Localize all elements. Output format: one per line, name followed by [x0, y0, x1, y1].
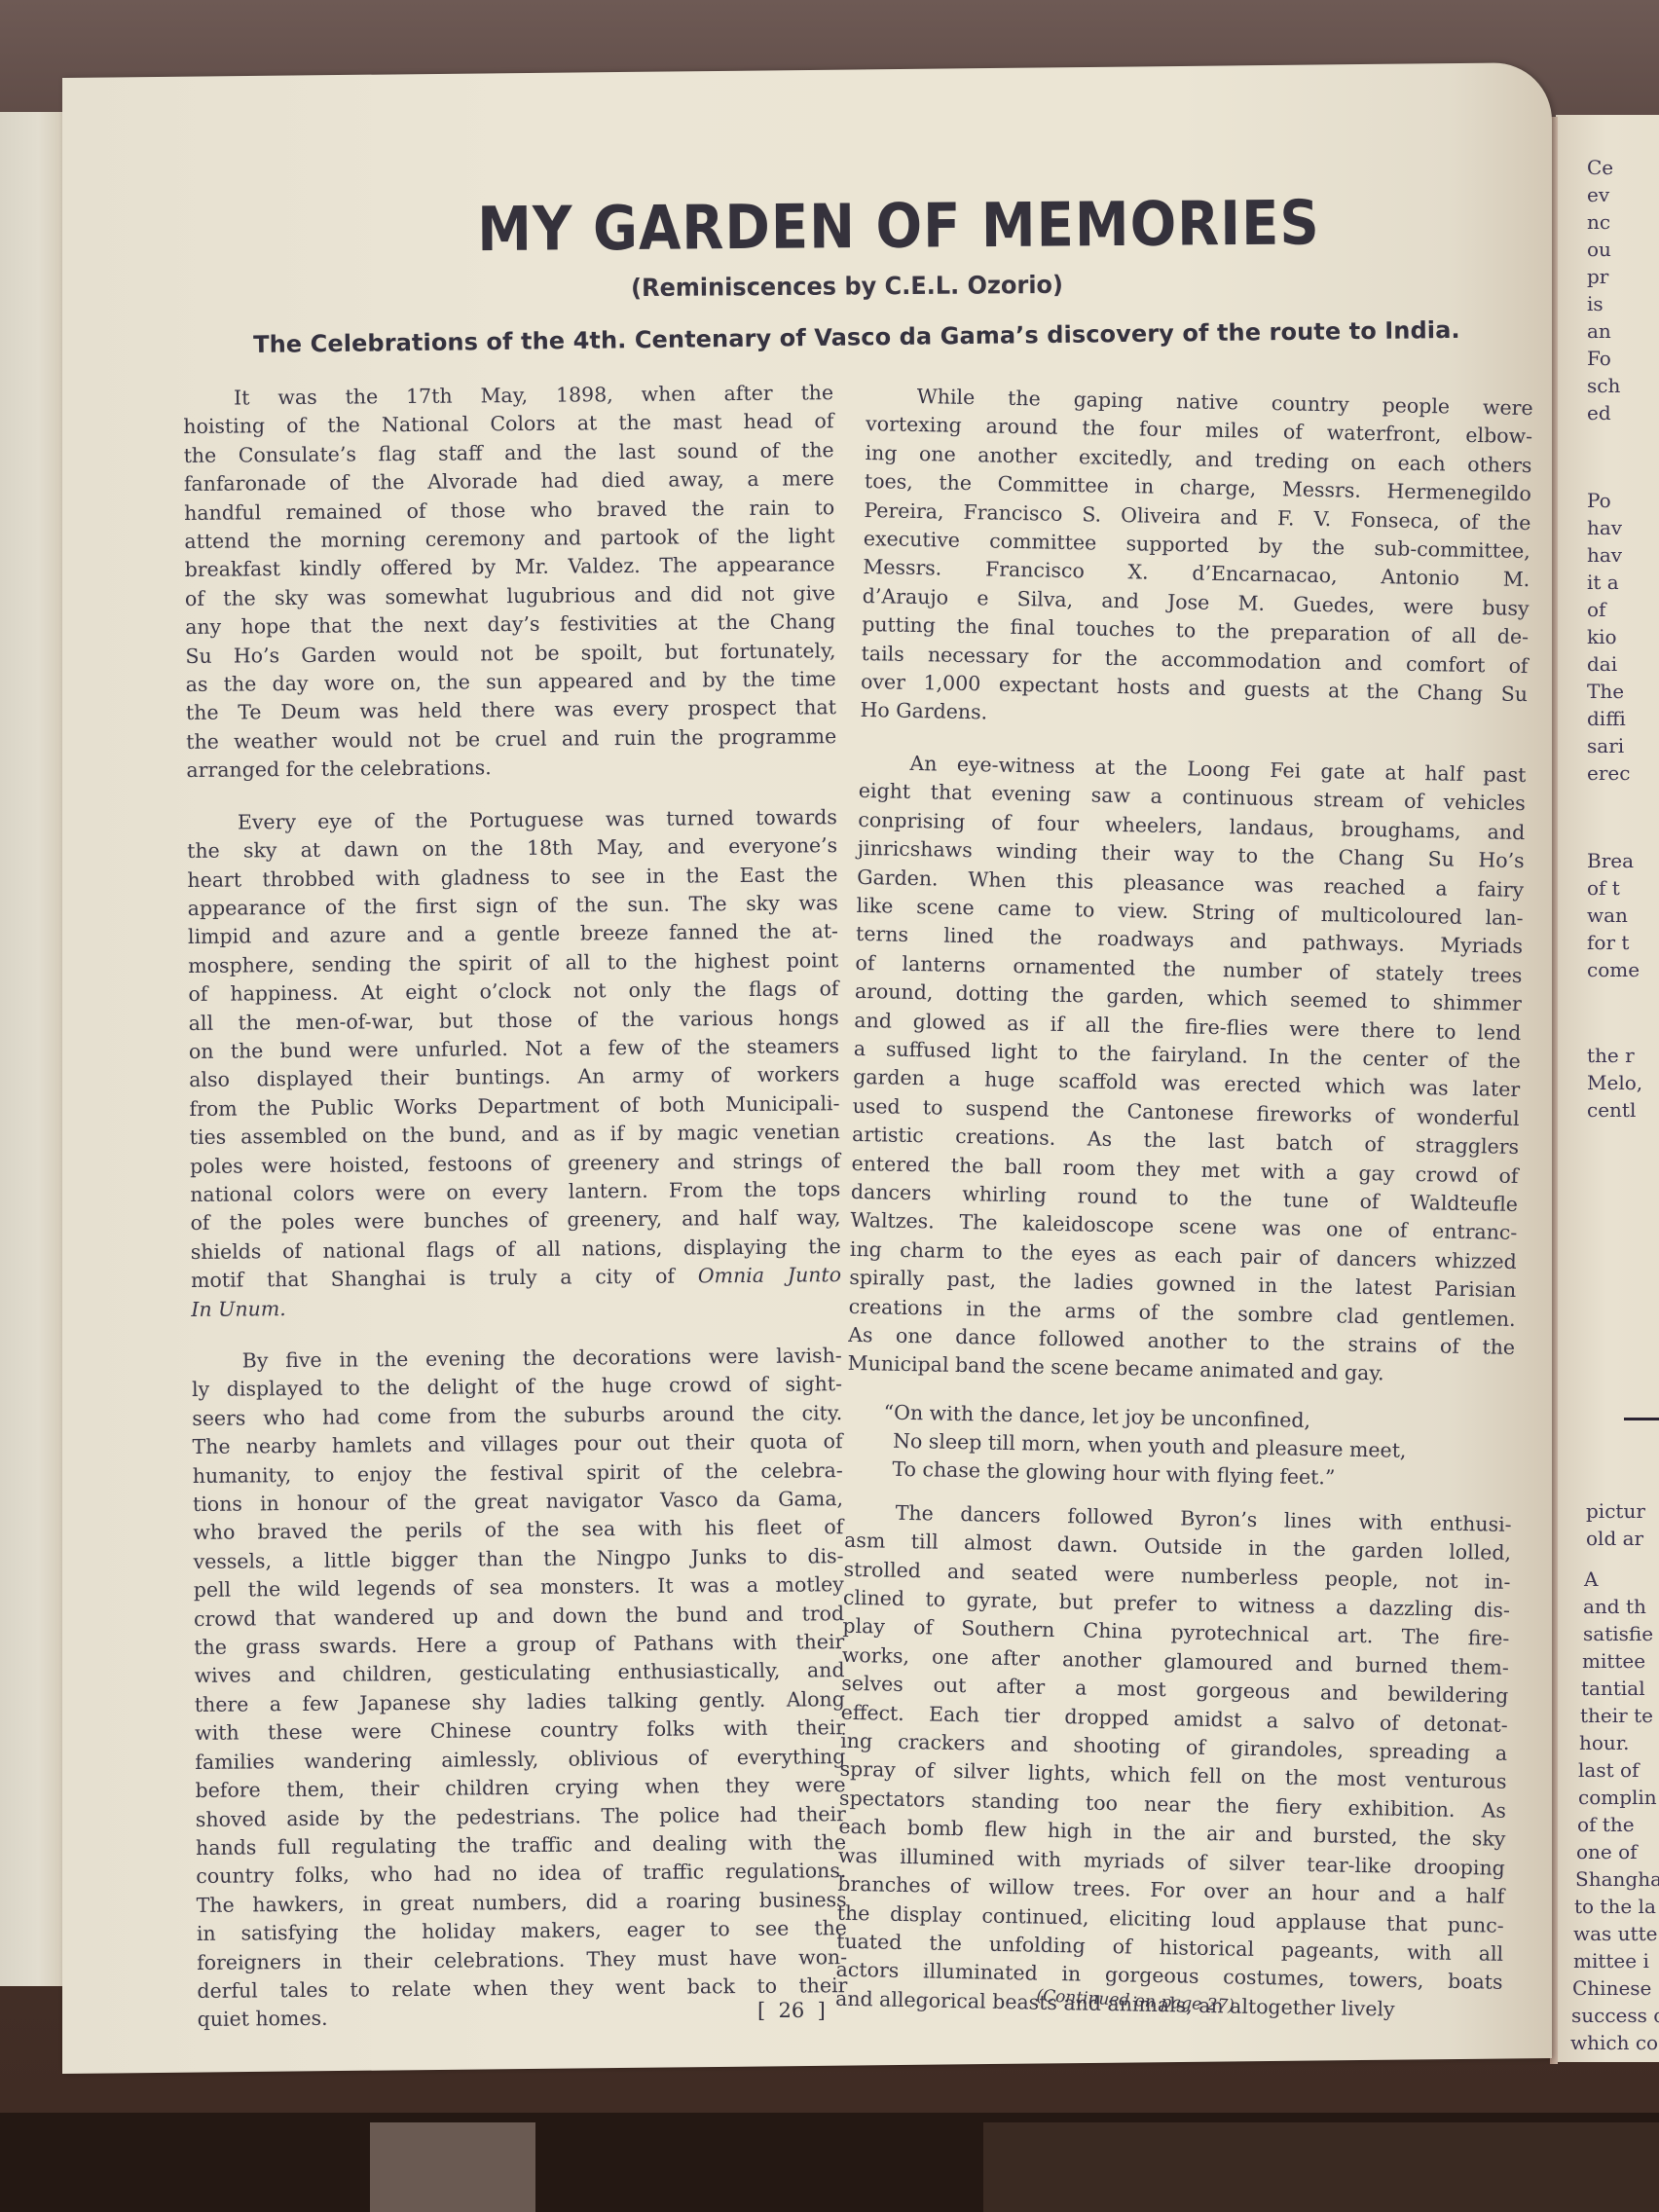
adjacent-page-fragment: mittee i	[1573, 1947, 1649, 1974]
adjacent-page-fragment: Melo,	[1587, 1069, 1642, 1096]
adjacent-page-fragment: hav	[1587, 514, 1622, 541]
table-slat	[370, 2122, 535, 2212]
adjacent-page-fragment: for t	[1587, 929, 1629, 956]
adjacent-page-fragment: sari	[1587, 732, 1624, 759]
adjacent-page-fragment: of the	[1577, 1811, 1635, 1838]
italic-latin-phrase: Omnia Junto	[698, 1263, 841, 1287]
adjacent-page-fragment: Po	[1587, 487, 1611, 514]
text-line: quiet homes.	[198, 2000, 848, 2034]
adjacent-page-fragment: A	[1584, 1566, 1598, 1593]
adjacent-page-fragment: Shangha	[1575, 1865, 1659, 1893]
adjacent-page-fragment: diffi	[1587, 705, 1626, 732]
adjacent-page-fragment: wan	[1587, 902, 1628, 929]
article-byline: (Reminiscences by C.E.L. Ozorio)	[631, 271, 1063, 303]
adjacent-page-fragment: hav	[1587, 541, 1622, 569]
adjacent-page-fragment: it a	[1587, 569, 1619, 596]
text-line: the weather would not be cruel and ruin …	[186, 722, 836, 756]
paragraph: While the gaping native country people w…	[860, 382, 1533, 738]
italic-latin-phrase: In Unum.	[191, 1297, 286, 1321]
adjacent-page-fragment: which co	[1570, 2029, 1658, 2056]
adjacent-page-fragment: and th	[1583, 1593, 1646, 1620]
section-rule	[1624, 1418, 1659, 1420]
adjacent-page-fragment: their te	[1580, 1702, 1653, 1729]
adjacent-page-fragment: one of	[1576, 1838, 1638, 1865]
adjacent-page-fragment: success o	[1571, 2002, 1659, 2029]
paragraph: An eye-witness at the Loong Fei gate at …	[847, 749, 1526, 1391]
adjacent-page-fragment: an	[1587, 317, 1611, 345]
adjacent-page-fragment: of t	[1587, 874, 1620, 902]
adjacent-page-fragment: Fo	[1587, 345, 1611, 372]
adjacent-page-fragment: of	[1587, 596, 1605, 623]
page-stack-edge	[0, 112, 65, 1986]
adjacent-page-fragment: pictur	[1586, 1497, 1645, 1525]
adjacent-page-fragment: Ce	[1587, 154, 1613, 181]
photo-scene: CeevncouprisanFoschedPohavhavit aofkioda…	[0, 0, 1659, 2212]
adjacent-page-fragment: hour.	[1579, 1729, 1630, 1756]
adjacent-page-fragment: dai	[1587, 650, 1617, 678]
adjacent-page-fragment: old ar	[1586, 1525, 1643, 1552]
adjacent-page-fragment: The	[1587, 678, 1624, 705]
paragraph: It was the 17th May, 1898, when after th…	[183, 379, 837, 786]
left-column: It was the 17th May, 1898, when after th…	[183, 379, 848, 2035]
adjacent-page-fragment: last of	[1578, 1756, 1639, 1784]
adjacent-page-fragment: sch	[1587, 372, 1620, 399]
adjacent-page-fragment: was utte	[1573, 1920, 1657, 1947]
right-column: While the gaping native country people w…	[835, 382, 1533, 2026]
text-line: arranged for the celebrations.	[186, 751, 836, 785]
adjacent-page-fragment: tantial	[1581, 1675, 1645, 1702]
adjacent-page-fragment: the r	[1587, 1042, 1635, 1069]
page-number: [ 26 ]	[757, 1999, 826, 2022]
adjacent-page-fragment: complin	[1578, 1784, 1657, 1811]
table-edge	[0, 2113, 1659, 2212]
paragraph: The dancers followed Byron’s lines with …	[835, 1498, 1512, 2026]
adjacent-page-fragment: come	[1587, 956, 1640, 983]
adjacent-page-fragment: pr	[1587, 263, 1608, 290]
text-line: derful tales to relate when they went ba…	[197, 1972, 847, 2006]
adjacent-page-fragment: ev	[1587, 181, 1609, 208]
adjacent-page-fragment: kio	[1587, 623, 1617, 650]
adjacent-page: CeevncouprisanFoschedPohavhavit aofkioda…	[1556, 115, 1659, 2062]
paragraph: By five in the evening the decorations w…	[192, 1342, 848, 2035]
adjacent-page-fragment: to the la	[1574, 1893, 1656, 1920]
paragraph: Every eye of the Portuguese was turned t…	[187, 803, 842, 1324]
adjacent-page-fragment: erec	[1587, 759, 1630, 787]
adjacent-page-fragment: Chinese	[1572, 1974, 1651, 2002]
adjacent-page-fragment: ed	[1587, 399, 1611, 426]
text-line: motif that Shanghai is truly a city of O…	[191, 1261, 841, 1295]
adjacent-page-fragment: centl	[1587, 1096, 1636, 1124]
text-line: In Unum.	[191, 1290, 841, 1324]
adjacent-page-fragment: is	[1587, 290, 1604, 317]
article-title: MY GARDEN OF MEMORIES	[477, 188, 1320, 266]
adjacent-page-fragment: mittee	[1582, 1647, 1645, 1675]
verse-quote: “On with the dance, let joy be unconfine…	[882, 1398, 1514, 1494]
adjacent-page-fragment: nc	[1587, 208, 1610, 236]
adjacent-page-fragment: ou	[1587, 236, 1611, 263]
table-slat	[983, 2122, 1659, 2212]
adjacent-page-fragment: Brea	[1587, 847, 1634, 874]
adjacent-page-fragment: satisfie	[1583, 1620, 1653, 1647]
